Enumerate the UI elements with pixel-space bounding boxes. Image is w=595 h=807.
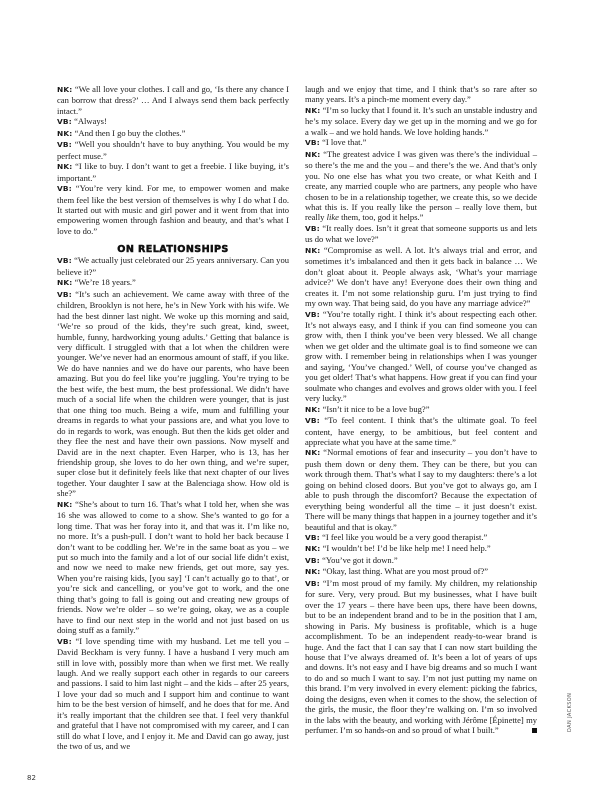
- paragraph-text: “I love that.”: [322, 137, 366, 147]
- interview-paragraph: VB: “You’re very kind. For me, to empowe…: [57, 183, 289, 236]
- paragraph-text: “You’re totally right. I think it’s abou…: [305, 309, 537, 404]
- emphasis-text: like: [327, 212, 339, 222]
- paragraph-text: “I feel like you would be a very good th…: [322, 532, 487, 542]
- interview-paragraph: VB: “You’ve got it down.”: [305, 555, 537, 566]
- interview-paragraph: NK: “The greatest advice I was given was…: [305, 149, 537, 223]
- speaker-label: VB:: [57, 117, 72, 126]
- speaker-label: VB:: [305, 533, 320, 542]
- paragraph-text: laugh and we enjoy that time, and I thin…: [305, 84, 537, 104]
- interview-paragraph: NK: “We’re 18 years.”: [57, 277, 289, 288]
- speaker-label: NK:: [305, 246, 320, 255]
- interview-paragraph: VB: “To feel content. I think that’s the…: [305, 415, 537, 447]
- interview-paragraph: VB: “Well you shouldn’t have to buy anyt…: [57, 139, 289, 161]
- paragraph-text: “And then I go buy the clothes.”: [75, 128, 186, 138]
- interview-paragraph: NK: “Okay, last thing. What are you most…: [305, 566, 537, 577]
- interview-paragraph: VB: “I love that.”: [305, 137, 537, 148]
- magazine-page: NK: “We all love your clothes. I call an…: [0, 0, 595, 807]
- photo-credit: DAN JACKSON: [567, 693, 573, 732]
- interview-paragraph: VB: “We actually just celebrated our 25 …: [57, 255, 289, 277]
- interview-paragraph: VB: “It really does. Isn’t it great that…: [305, 223, 537, 245]
- paragraph-text: “It really does. Isn’t it great that som…: [305, 223, 537, 244]
- interview-paragraph: VB: “I’m most proud of my family. My chi…: [305, 578, 537, 736]
- speaker-label: VB:: [57, 184, 72, 193]
- speaker-label: VB:: [305, 556, 320, 565]
- speaker-label: NK:: [305, 544, 320, 553]
- interview-paragraph: VB: “I love spending time with my husban…: [57, 636, 289, 752]
- paragraph-text: “I like to buy. I don’t want to get a fr…: [57, 161, 289, 182]
- speaker-label: NK:: [57, 129, 72, 138]
- speaker-label: NK:: [305, 567, 320, 576]
- speaker-label: VB:: [305, 138, 320, 147]
- interview-paragraph: VB: “You’re totally right. I think it’s …: [305, 309, 537, 404]
- speaker-label: NK:: [57, 278, 72, 287]
- speaker-label: VB:: [57, 290, 72, 299]
- speaker-label: NK:: [305, 106, 320, 115]
- right-column: laugh and we enjoy that time, and I thin…: [305, 84, 537, 736]
- speaker-label: NK:: [305, 405, 320, 414]
- paragraph-text: “To feel content. I think that’s the ult…: [305, 415, 537, 447]
- speaker-label: NK:: [305, 448, 320, 457]
- interview-paragraph: NK: “Compromise as well. A lot. It’s alw…: [305, 245, 537, 309]
- page-number: 82: [27, 774, 36, 782]
- paragraph-text: “I wouldn’t be! I’d be like help me! I n…: [323, 543, 491, 553]
- interview-paragraph: NK: “Isn’t it nice to be a love bug?”: [305, 404, 537, 415]
- paragraph-text: “Compromise as well. A lot. It’s always …: [305, 245, 537, 308]
- interview-paragraph: NK: “She’s about to turn 16. That’s what…: [57, 499, 289, 636]
- paragraph-text: “I’m most proud of my family. My childre…: [305, 578, 537, 735]
- interview-paragraph: NK: “And then I go buy the clothes.”: [57, 128, 289, 139]
- paragraph-text: “Normal emotions of fear and insecurity …: [305, 447, 537, 531]
- paragraph-text: “Okay, last thing. What are you most pro…: [323, 566, 488, 576]
- speaker-label: VB:: [57, 140, 72, 149]
- paragraph-text: “We actually just celebrated our 25 year…: [57, 255, 289, 276]
- interview-paragraph: NK: “Normal emotions of fear and insecur…: [305, 447, 537, 532]
- paragraph-text: “Always!: [74, 116, 107, 126]
- paragraph-text: “The greatest advice I was given was the…: [305, 149, 537, 223]
- paragraph-text: “I’m so lucky that I found it. It’s such…: [305, 105, 537, 137]
- paragraph-text: “It’s such an achievement. We came away …: [57, 289, 289, 499]
- paragraph-text: “I love spending time with my husband. L…: [57, 636, 289, 752]
- speaker-label: NK:: [57, 500, 72, 509]
- speaker-label: VB:: [305, 224, 320, 233]
- section-heading: ON RELATIONSHIPS: [57, 244, 289, 255]
- interview-paragraph: VB: “It’s such an achievement. We came a…: [57, 289, 289, 499]
- paragraph-text: “She’s about to turn 16. That’s what I t…: [57, 499, 289, 635]
- speaker-label: VB:: [305, 416, 320, 425]
- speaker-label: VB:: [57, 637, 72, 646]
- speaker-label: NK:: [57, 162, 72, 171]
- interview-paragraph: NK: “We all love your clothes. I call an…: [57, 84, 289, 116]
- paragraph-text: “We’re 18 years.”: [75, 277, 136, 287]
- paragraph-text: “You’ve got it down.”: [322, 555, 398, 565]
- speaker-label: NK:: [305, 150, 320, 159]
- speaker-label: VB:: [57, 256, 72, 265]
- speaker-label: VB:: [305, 579, 320, 588]
- paragraph-text: them, too, god it helps.”: [339, 212, 424, 222]
- interview-paragraph: NK: “I wouldn’t be! I’d be like help me!…: [305, 543, 537, 554]
- interview-paragraph: NK: “I’m so lucky that I found it. It’s …: [305, 105, 537, 137]
- continued-paragraph: laugh and we enjoy that time, and I thin…: [305, 84, 537, 105]
- paragraph-text: “Isn’t it nice to be a love bug?”: [323, 404, 430, 414]
- interview-paragraph: NK: “I like to buy. I don’t want to get …: [57, 161, 289, 183]
- paragraph-text: “We all love your clothes. I call and go…: [57, 84, 289, 116]
- interview-paragraph: VB: “I feel like you would be a very goo…: [305, 532, 537, 543]
- left-column: NK: “We all love your clothes. I call an…: [57, 84, 289, 752]
- end-of-article-mark-icon: [532, 728, 537, 733]
- interview-paragraph: VB: “Always!: [57, 116, 289, 127]
- paragraph-text: “You’re very kind. For me, to empower wo…: [57, 183, 289, 236]
- paragraph-text: “Well you shouldn’t have to buy anything…: [57, 139, 289, 160]
- speaker-label: VB:: [305, 310, 320, 319]
- speaker-label: NK:: [57, 85, 72, 94]
